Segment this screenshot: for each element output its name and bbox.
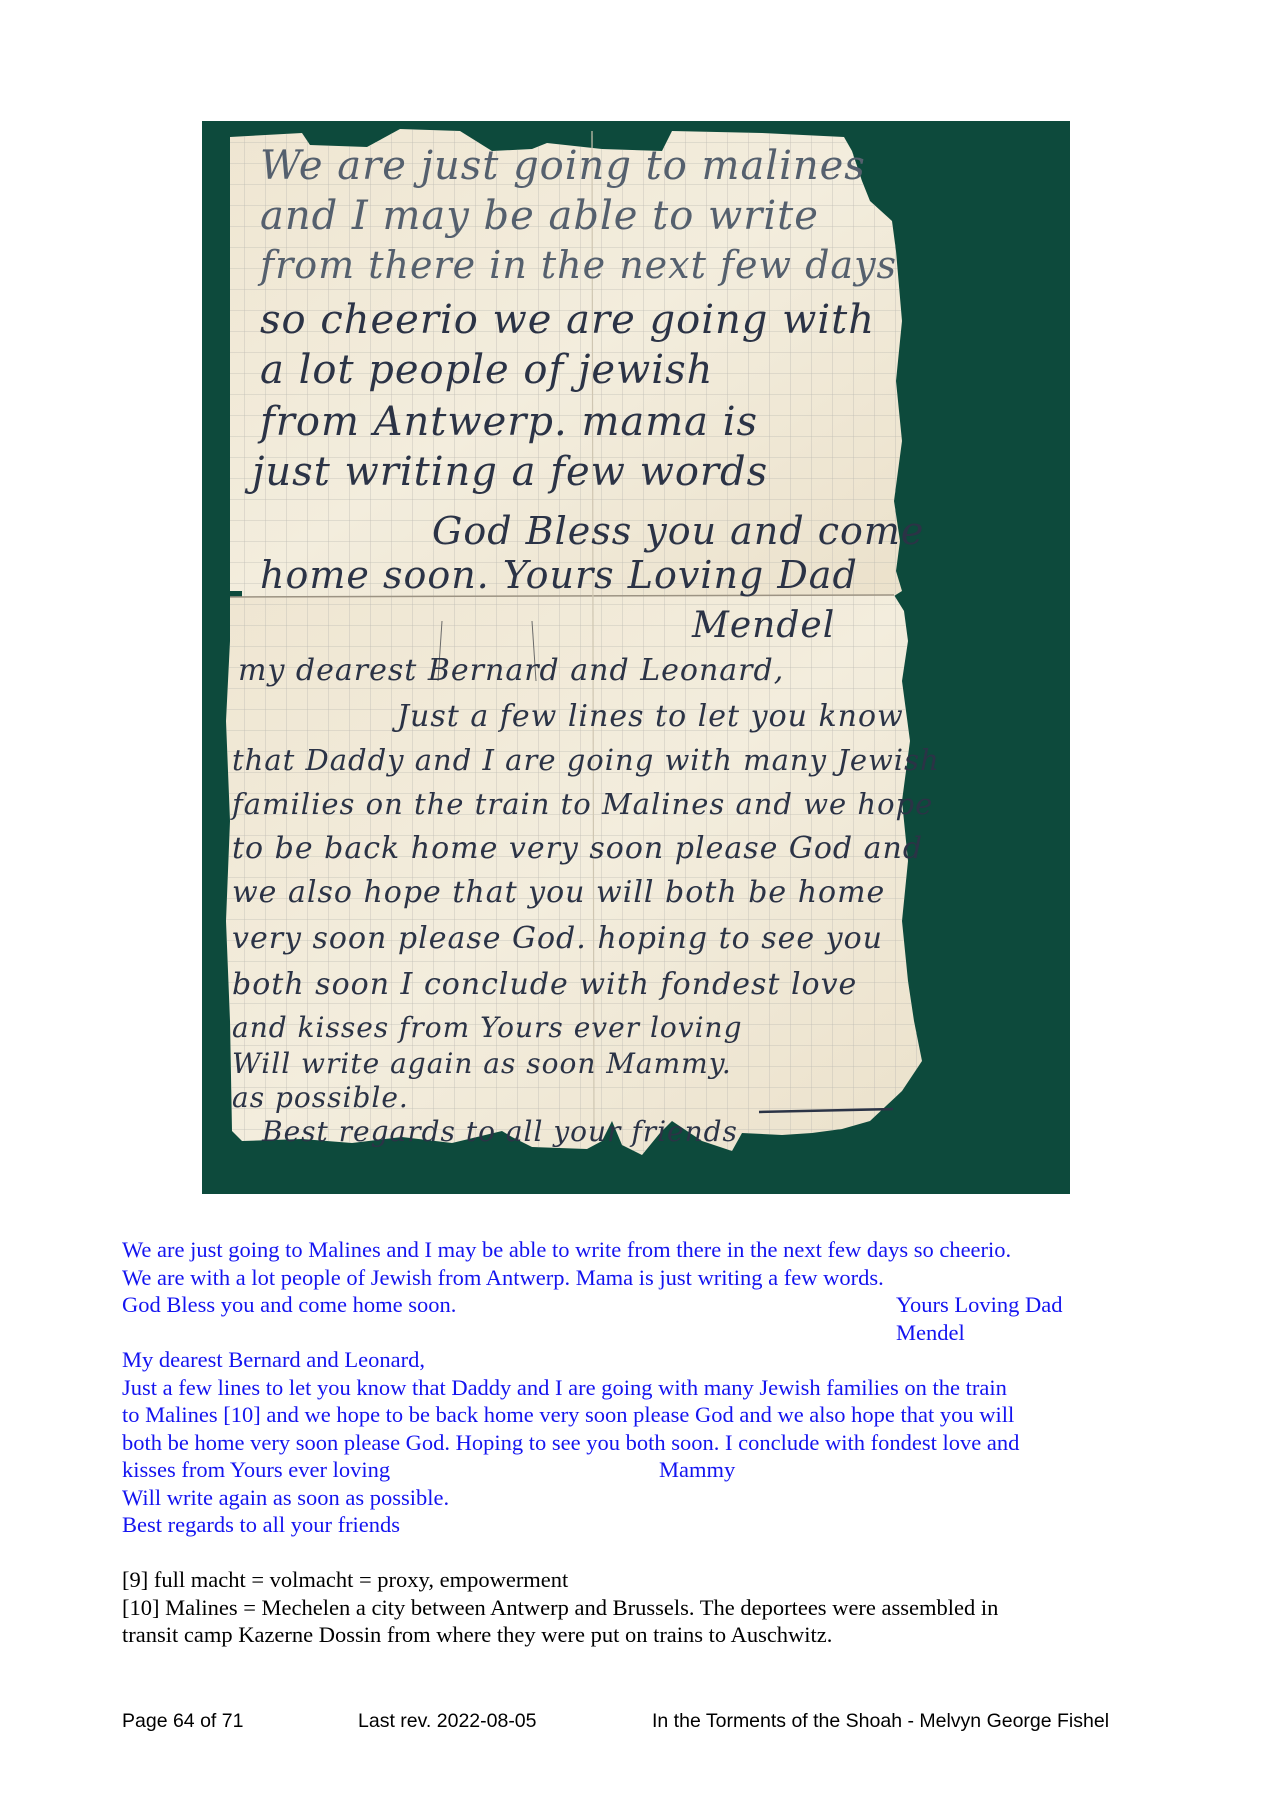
footnote-10-line-2: transit camp Kazerne Dossin from where t…	[122, 1621, 1162, 1649]
handwriting-line: We are just going to malines	[260, 143, 866, 189]
transcript-mum-line-2: to Malines [10] and we hope to be back h…	[122, 1401, 1162, 1429]
transcript-signature-dad: Mendel	[896, 1319, 965, 1347]
letter-photo: We are just going to malines and I may b…	[202, 121, 1070, 1194]
handwriting-line: a lot people of jewish	[260, 347, 713, 393]
revision-date: Last rev. 2022-08-05	[358, 1710, 537, 1733]
handwriting-line: and kisses from Yours ever loving	[232, 1011, 743, 1044]
footnote-9: [9] full macht = volmacht = proxy, empow…	[122, 1566, 1162, 1594]
transcript-closing-mum: kisses from Yours ever loving	[122, 1457, 390, 1482]
handwriting-line: Will write again as soon Mammy.	[232, 1047, 732, 1080]
handwriting-line: very soon please God. hoping to see you	[232, 921, 883, 956]
transcript-ps-1: Will write again as soon as possible.	[122, 1484, 1162, 1512]
handwriting-line: and I may be able to write	[260, 193, 819, 239]
transcript-closing-dad: Yours Loving Dad	[896, 1291, 1062, 1319]
handwriting-line: we also hope that you will both be home	[232, 875, 885, 910]
handwriting-line: as possible.	[232, 1081, 409, 1114]
transcript-dad-line-3: God Bless you and come home soon. Yours …	[122, 1291, 1162, 1319]
handwriting-signature-dad: Mendel	[692, 605, 835, 646]
footnotes: [9] full macht = volmacht = proxy, empow…	[122, 1566, 1162, 1649]
transcript-salutation: My dearest Bernard and Leonard,	[122, 1346, 1162, 1374]
transcript-dad-line-4: Mendel	[122, 1319, 1162, 1347]
handwriting-line: both soon I conclude with fondest love	[232, 967, 857, 1002]
handwriting-line: home soon. Yours Loving Dad	[260, 553, 858, 597]
page-number: Page 64 of 71	[122, 1710, 243, 1733]
handwriting-line: to be back home very soon please God and	[232, 831, 923, 866]
transcript-dad-line-2: We are with a lot people of Jewish from …	[122, 1264, 1162, 1292]
handwriting-line: so cheerio we are going with	[260, 297, 875, 343]
document-title: In the Torments of the Shoah - Melvyn Ge…	[652, 1710, 1109, 1733]
transcript-ps-2: Best regards to all your friends	[122, 1511, 1162, 1539]
handwriting-line: that Daddy and I are going with many Jew…	[232, 743, 940, 777]
handwriting-line: Best regards to all your friends	[262, 1115, 738, 1148]
transcript-dad-line-1: We are just going to Malines and I may b…	[122, 1236, 1162, 1264]
handwriting-line: just writing a few words	[252, 449, 768, 495]
letter-transcript: We are just going to Malines and I may b…	[122, 1236, 1162, 1539]
handwriting-line: from Antwerp. mama is	[260, 399, 758, 445]
handwriting-line: families on the train to Malines and we …	[232, 787, 933, 821]
transcript-mum-line-3: both be home very soon please God. Hopin…	[122, 1429, 1162, 1457]
handwriting-line: from there in the next few days	[260, 243, 897, 287]
handwriting-line: God Bless you and come	[432, 509, 924, 553]
handwriting-line: Just a few lines to let you know	[397, 699, 904, 734]
transcript-signature-mum: Mammy	[659, 1456, 735, 1484]
handwriting-line: my dearest Bernard and Leonard,	[238, 653, 784, 688]
transcript-mum-line-1: Just a few lines to let you know that Da…	[122, 1374, 1162, 1402]
footnote-10-line-1: [10] Malines = Mechelen a city between A…	[122, 1594, 1162, 1622]
page-footer: Page 64 of 71 Last rev. 2022-08-05 In th…	[122, 1710, 1162, 1734]
transcript-mum-line-4: kisses from Yours ever loving Mammy	[122, 1456, 1162, 1484]
transcript-blessing: God Bless you and come home soon.	[122, 1292, 456, 1317]
signature-underline	[757, 1106, 897, 1116]
